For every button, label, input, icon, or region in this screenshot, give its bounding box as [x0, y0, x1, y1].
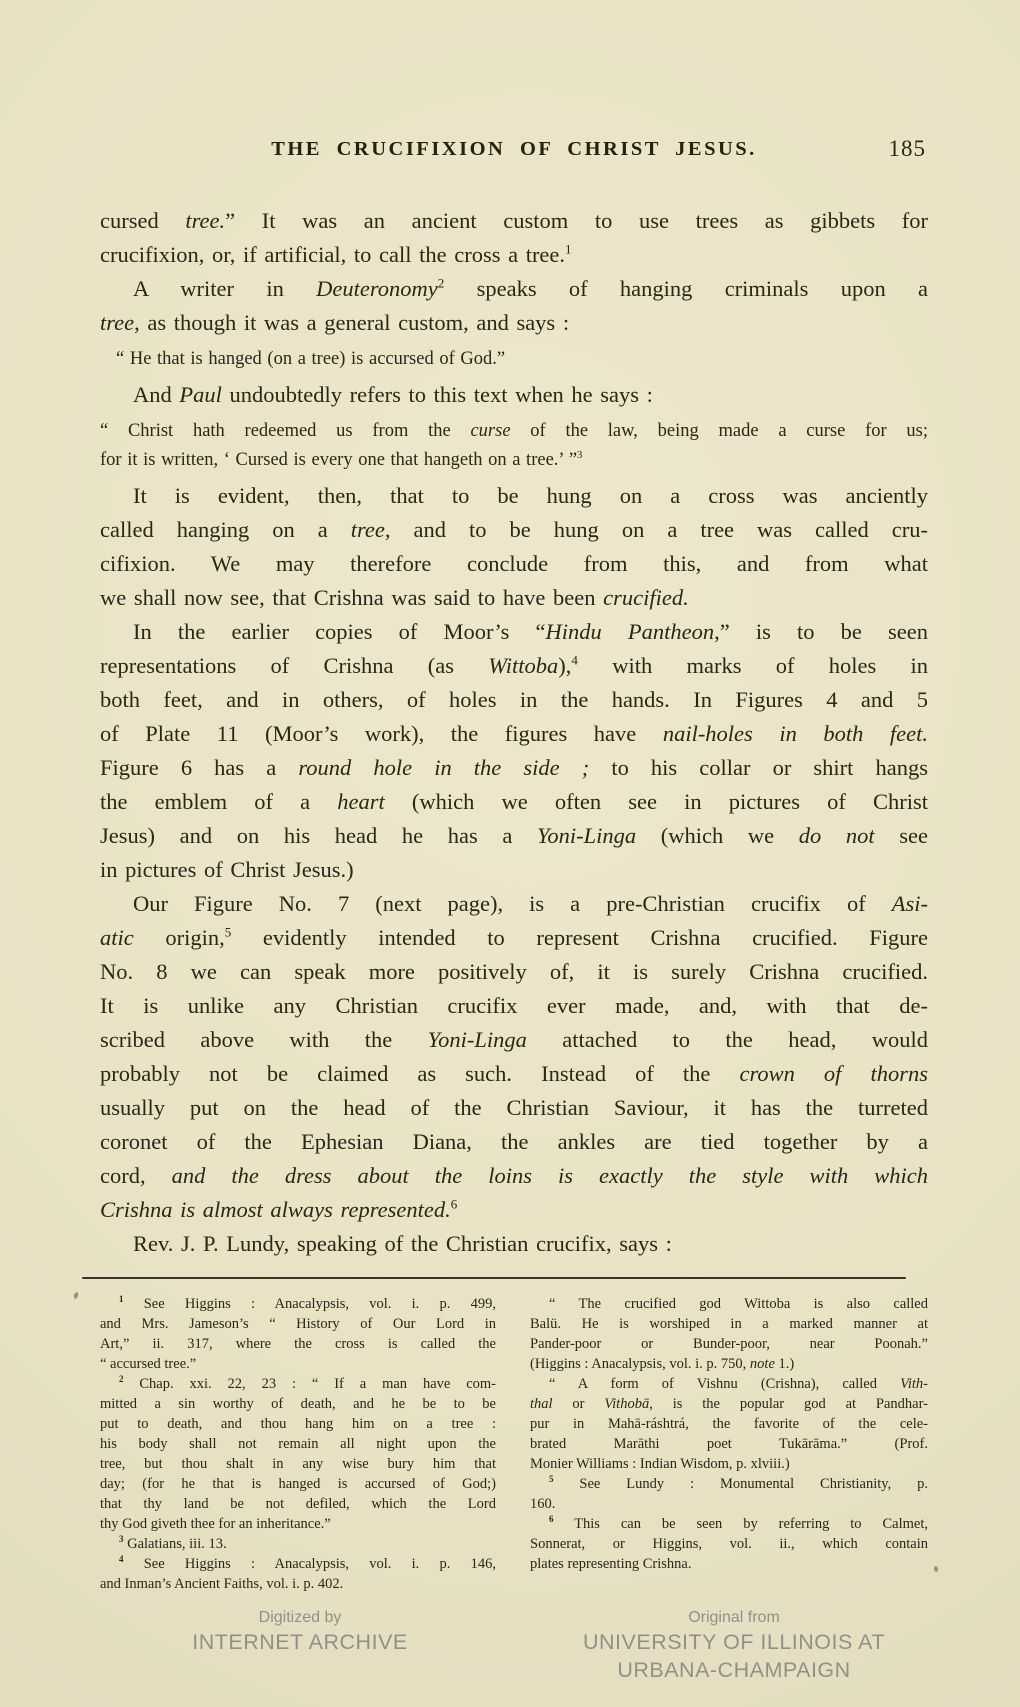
- text-line: 3 Galatians, iii. 13.: [100, 1534, 496, 1554]
- text-line: Monier Williams : Indian Wisdom, p. xlvi…: [530, 1454, 928, 1474]
- text-line: Figure 6 has a round hole in the side ; …: [100, 751, 928, 785]
- text-line: we shall now see, that Crishna was said …: [100, 581, 928, 615]
- paragraph: And Paul undoubtedly refers to this text…: [100, 378, 928, 412]
- text-line: Rev. J. P. Lundy, speaking of the Christ…: [100, 1227, 928, 1261]
- watermark-digitized-label: Digitized by: [100, 1608, 500, 1628]
- paragraph: cursed tree.” It was an ancient custom t…: [100, 204, 928, 272]
- text-line: crucifixion, or, if artificial, to call …: [100, 238, 928, 272]
- text-line: Pander-poor or Bunder-poor, near Poonah.…: [530, 1334, 928, 1354]
- page-number: 185: [889, 136, 927, 162]
- footnote-rule: [82, 1277, 906, 1279]
- text-line: 6 This can be seen by referring to Calme…: [530, 1514, 928, 1534]
- text-line: atic origin,5 evidently intended to repr…: [100, 921, 928, 955]
- watermark-university-name-1: UNIVERSITY OF ILLINOIS AT: [540, 1628, 928, 1656]
- text-line: that thy land be not defiled, which the …: [100, 1494, 496, 1514]
- text-line: cord, and the dress about the loins is e…: [100, 1159, 928, 1193]
- text-line: mitted a sin worthy of death, and he be …: [100, 1394, 496, 1414]
- text-line: cursed tree.” It was an ancient custom t…: [100, 204, 928, 238]
- watermark-archive-name: INTERNET ARCHIVE: [100, 1628, 500, 1656]
- watermark-digitized: Digitized by INTERNET ARCHIVE: [100, 1608, 500, 1684]
- text-line: and Mrs. Jameson’s “ History of Our Lord…: [100, 1314, 496, 1334]
- paragraph: Rev. J. P. Lundy, speaking of the Christ…: [100, 1227, 928, 1261]
- text-line: probably not be claimed as such. Instead…: [100, 1057, 928, 1091]
- footnote: 2 Chap. xxi. 22, 23 : “ If a man have co…: [100, 1374, 496, 1534]
- text-line: both feet, and in others, of holes in th…: [100, 683, 928, 717]
- text-line: “ Christ hath redeemed us from the curse…: [100, 417, 928, 446]
- text-line: plates representing Crishna.: [530, 1554, 928, 1574]
- footnote: 5 See Lundy : Monumental Christianity, p…: [530, 1474, 928, 1514]
- text-line: Our Figure No. 7 (next page), is a pre-C…: [100, 887, 928, 921]
- text-line: “ The crucified god Wittoba is also call…: [530, 1294, 928, 1314]
- text-line: “ A form of Vishnu (Crishna), called Vit…: [530, 1374, 928, 1394]
- text-line: Sonnerat, or Higgins, vol. ii., which co…: [530, 1534, 928, 1554]
- text-line: “ accursed tree.”: [100, 1354, 496, 1374]
- text-line: day; (for he that is hanged is accursed …: [100, 1474, 496, 1494]
- paragraph: It is evident, then, that to be hung on …: [100, 479, 928, 615]
- watermark-original-label: Original from: [540, 1608, 928, 1628]
- footnote: 6 This can be seen by referring to Calme…: [530, 1514, 928, 1574]
- footnote: 3 Galatians, iii. 13.: [100, 1534, 496, 1554]
- footnote-reference: 6: [451, 1197, 458, 1212]
- text-line: tree, as though it was a general custom,…: [100, 306, 928, 340]
- text-line: the emblem of a heart (which we often se…: [100, 785, 928, 819]
- text-line: (Higgins : Anacalypsis, vol. i. p. 750, …: [530, 1354, 928, 1374]
- paragraph: A writer in Deuteronomy2 speaks of hangi…: [100, 272, 928, 340]
- text-line: pur in Mahā-ráshtrá, the favorite of the…: [530, 1414, 928, 1434]
- footnotes: 1 See Higgins : Anacalypsis, vol. i. p. …: [100, 1294, 928, 1594]
- text-line: thal or Vithobā, is the popular god at P…: [530, 1394, 928, 1414]
- paragraph: In the earlier copies of Moor’s “Hindu P…: [100, 615, 928, 887]
- page-header: THE CRUCIFIXION OF CHRIST JESUS. 185: [100, 138, 928, 164]
- text-line: his body shall not remain all night upon…: [100, 1434, 496, 1454]
- watermark-university-name-2: URBANA-CHAMPAIGN: [540, 1656, 928, 1684]
- text-line: A writer in Deuteronomy2 speaks of hangi…: [100, 272, 928, 306]
- footnote: 1 See Higgins : Anacalypsis, vol. i. p. …: [100, 1294, 496, 1374]
- text-line: 160.: [530, 1494, 928, 1514]
- running-title: THE CRUCIFIXION OF CHRIST JESUS.: [100, 138, 928, 161]
- book-page: THE CRUCIFIXION OF CHRIST JESUS. 185 cur…: [0, 0, 1020, 1707]
- footnote: “ The crucified god Wittoba is also call…: [530, 1294, 928, 1374]
- body-text: cursed tree.” It was an ancient custom t…: [100, 204, 928, 1261]
- footnote: “ A form of Vishnu (Crishna), called Vit…: [530, 1374, 928, 1474]
- text-line: Jesus) and on his head he has a Yoni-Lin…: [100, 819, 928, 853]
- text-line: In the earlier copies of Moor’s “Hindu P…: [100, 615, 928, 649]
- text-line: 5 See Lundy : Monumental Christianity, p…: [530, 1474, 928, 1494]
- page-content: THE CRUCIFIXION OF CHRIST JESUS. 185 cur…: [0, 0, 1020, 1684]
- text-line: and Inman’s Ancient Faiths, vol. i. p. 4…: [100, 1574, 496, 1594]
- text-line: tree, but thou shalt in any wise bury hi…: [100, 1454, 496, 1474]
- text-line: Balü. He is worshiped in a marked manner…: [530, 1314, 928, 1334]
- text-line: No. 8 we can speak more positively of, i…: [100, 955, 928, 989]
- text-line: 4 See Higgins : Anacalypsis, vol. i. p. …: [100, 1554, 496, 1574]
- text-line: in pictures of Christ Jesus.): [100, 853, 928, 887]
- text-line: 1 See Higgins : Anacalypsis, vol. i. p. …: [100, 1294, 496, 1314]
- text-line: of Plate 11 (Moor’s work), the figures h…: [100, 717, 928, 751]
- block-quote: “ Christ hath redeemed us from the curse…: [100, 417, 928, 475]
- text-line: It is evident, then, that to be hung on …: [100, 479, 928, 513]
- text-line: It is unlike any Christian crucifix ever…: [100, 989, 928, 1023]
- text-line: Crishna is almost always represented.6: [100, 1193, 928, 1227]
- text-line: cifixion. We may therefore conclude from…: [100, 547, 928, 581]
- footnote-column-left: 1 See Higgins : Anacalypsis, vol. i. p. …: [100, 1294, 496, 1594]
- text-line: Art,” ii. 317, where the cross is called…: [100, 1334, 496, 1354]
- text-line: representations of Crishna (as Wittoba),…: [100, 649, 928, 683]
- text-line: usually put on the head of the Christian…: [100, 1091, 928, 1125]
- scan-watermark: Digitized by INTERNET ARCHIVE Original f…: [100, 1608, 928, 1684]
- text-line: 2 Chap. xxi. 22, 23 : “ If a man have co…: [100, 1374, 496, 1394]
- footnote-reference: 3: [577, 449, 582, 461]
- text-line: brated Marāthi poet Tukārāma.” (Prof.: [530, 1434, 928, 1454]
- watermark-original: Original from UNIVERSITY OF ILLINOIS AT …: [500, 1608, 928, 1684]
- text-line: called hanging on a tree, and to be hung…: [100, 513, 928, 547]
- footnote-reference: 1: [565, 242, 572, 257]
- text-line: And Paul undoubtedly refers to this text…: [100, 378, 928, 412]
- text-line: for it is written, ‘ Cursed is every one…: [100, 446, 928, 475]
- footnote-column-right: “ The crucified god Wittoba is also call…: [530, 1294, 928, 1594]
- text-line: “ He that is hanged (on a tree) is accur…: [100, 345, 928, 374]
- text-line: scribed above with the Yoni-Linga attach…: [100, 1023, 928, 1057]
- text-line: put to death, and thou hang him on a tre…: [100, 1414, 496, 1434]
- footnote: 4 See Higgins : Anacalypsis, vol. i. p. …: [100, 1554, 496, 1594]
- paragraph: Our Figure No. 7 (next page), is a pre-C…: [100, 887, 928, 1227]
- text-line: coronet of the Ephesian Diana, the ankle…: [100, 1125, 928, 1159]
- text-line: thy God giveth thee for an inheritance.”: [100, 1514, 496, 1534]
- block-quote: “ He that is hanged (on a tree) is accur…: [100, 345, 928, 374]
